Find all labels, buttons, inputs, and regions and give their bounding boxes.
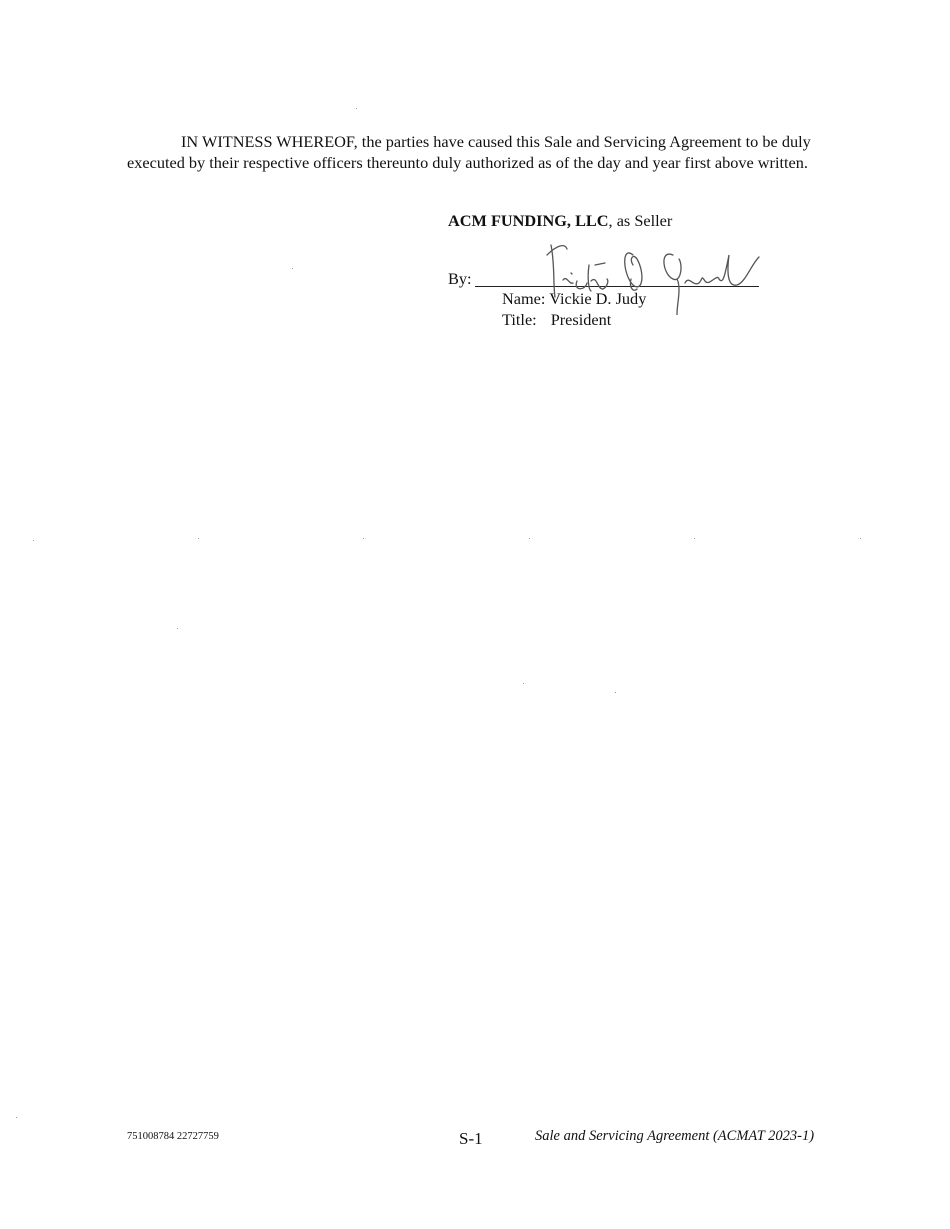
scan-speck: [363, 538, 364, 539]
scan-speck: [16, 1117, 17, 1118]
signer-title-line: Title:President: [502, 310, 611, 330]
scan-speck: [356, 108, 357, 109]
scan-speck: [292, 268, 293, 269]
scan-speck: [529, 538, 530, 539]
signer-name-line: Name: Vickie D. Judy: [502, 289, 646, 309]
by-label: By:: [448, 269, 472, 289]
footer-page-number: S-1: [459, 1129, 483, 1149]
scan-speck: [523, 683, 524, 684]
company-name: ACM FUNDING, LLC: [448, 211, 609, 230]
title-label: Title:: [502, 310, 537, 329]
scan-speck: [177, 628, 178, 629]
name-label: Name:: [502, 289, 545, 308]
title-value: President: [551, 310, 612, 329]
scan-speck: [860, 538, 861, 539]
scan-speck: [198, 538, 199, 539]
scan-speck: [33, 540, 34, 541]
footer-document-title: Sale and Servicing Agreement (ACMAT 2023…: [535, 1128, 814, 1145]
witness-paragraph: IN WITNESS WHEREOF, the parties have cau…: [127, 131, 827, 173]
footer-document-id: 751008784 22727759: [127, 1131, 219, 1142]
scan-speck: [694, 538, 695, 539]
scan-speck: [615, 692, 616, 693]
company-role: , as Seller: [609, 211, 673, 230]
company-line: ACM FUNDING, LLC, as Seller: [448, 211, 672, 231]
name-value: Vickie D. Judy: [549, 289, 646, 308]
